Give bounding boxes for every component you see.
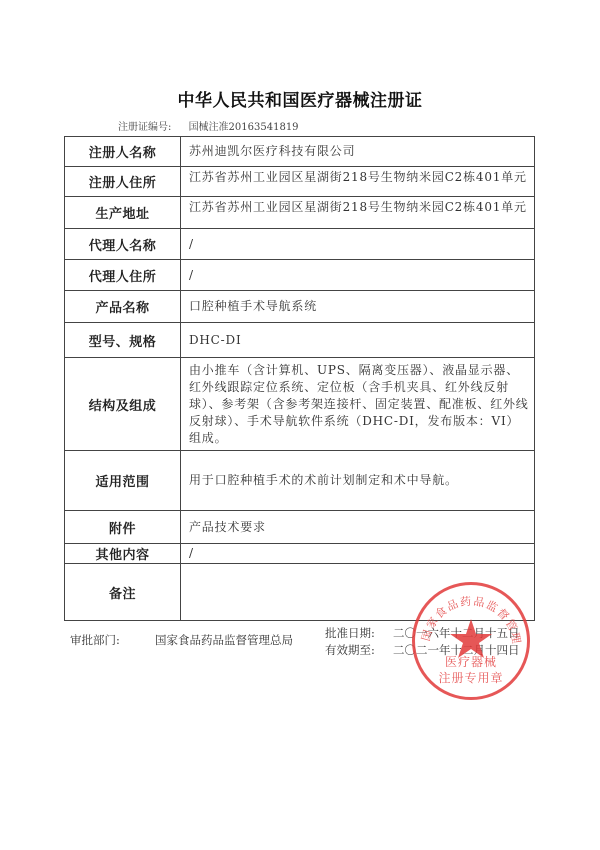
official-seal: 国家食品药品监督管理总局 医疗器械 注册专用章 <box>412 582 530 700</box>
table-row: 适用范围 用于口腔种植手术的术前计划制定和术中导航。 <box>65 451 535 511</box>
row-label: 生产地址 <box>65 197 181 229</box>
row-label: 附件 <box>65 511 181 544</box>
row-label: 适用范围 <box>65 451 181 511</box>
seal-line1: 医疗器械 <box>415 653 527 670</box>
registration-number-label: 注册证编号: <box>118 122 171 133</box>
row-value: 口腔种植手术导航系统 <box>181 291 535 323</box>
row-value: 苏州迪凯尔医疗科技有限公司 <box>181 137 535 167</box>
table-row: 型号、规格 DHC-DI <box>65 323 535 358</box>
row-value: 江苏省苏州工业园区星湖街218号生物纳米园C2栋401单元 <box>181 197 535 229</box>
table-row: 代理人住所 / <box>65 260 535 291</box>
table-row: 产品名称 口腔种植手术导航系统 <box>65 291 535 323</box>
approval-dept: 国家食品药品监督管理总局 <box>155 632 293 648</box>
row-value: 由小推车（含计算机、UPS、隔离变压器）、液晶显示器、红外线跟踪定位系统、定位板… <box>181 358 535 451</box>
row-label: 型号、规格 <box>65 323 181 358</box>
table-row: 代理人名称 / <box>65 229 535 260</box>
certificate-table: 注册人名称 苏州迪凯尔医疗科技有限公司 注册人住所 江苏省苏州工业园区星湖街21… <box>64 136 535 621</box>
row-label: 其他内容 <box>65 544 181 564</box>
row-value: / <box>181 229 535 260</box>
row-label: 备注 <box>65 564 181 621</box>
approval-date-label: 批准日期: <box>325 625 375 641</box>
valid-until-label: 有效期至: <box>325 642 375 658</box>
row-value: 用于口腔种植手术的术前计划制定和术中导航。 <box>181 451 535 511</box>
registration-number: 注册证编号: 国械注准20163541819 <box>118 118 299 133</box>
row-label: 产品名称 <box>65 291 181 323</box>
row-label: 注册人住所 <box>65 167 181 197</box>
table-row: 附件 产品技术要求 <box>65 511 535 544</box>
table-row: 注册人住所 江苏省苏州工业园区星湖街218号生物纳米园C2栋401单元 <box>65 167 535 197</box>
registration-number-value: 国械注准20163541819 <box>189 122 299 133</box>
table-row: 结构及组成 由小推车（含计算机、UPS、隔离变压器）、液晶显示器、红外线跟踪定位… <box>65 358 535 451</box>
row-value: / <box>181 260 535 291</box>
seal-line2: 注册专用章 <box>415 669 527 686</box>
table-row: 注册人名称 苏州迪凯尔医疗科技有限公司 <box>65 137 535 167</box>
table-row: 其他内容 / <box>65 544 535 564</box>
row-value: DHC-DI <box>181 323 535 358</box>
row-value: 产品技术要求 <box>181 511 535 544</box>
row-value: 江苏省苏州工业园区星湖街218号生物纳米园C2栋401单元 <box>181 167 535 197</box>
row-label: 注册人名称 <box>65 137 181 167</box>
approval-dept-label: 审批部门: <box>70 632 120 648</box>
row-label: 结构及组成 <box>65 358 181 451</box>
row-label: 代理人住所 <box>65 260 181 291</box>
table-row: 生产地址 江苏省苏州工业园区星湖街218号生物纳米园C2栋401单元 <box>65 197 535 229</box>
document-title: 中华人民共和国医疗器械注册证 <box>0 86 600 111</box>
row-label: 代理人名称 <box>65 229 181 260</box>
row-value: / <box>181 544 535 564</box>
